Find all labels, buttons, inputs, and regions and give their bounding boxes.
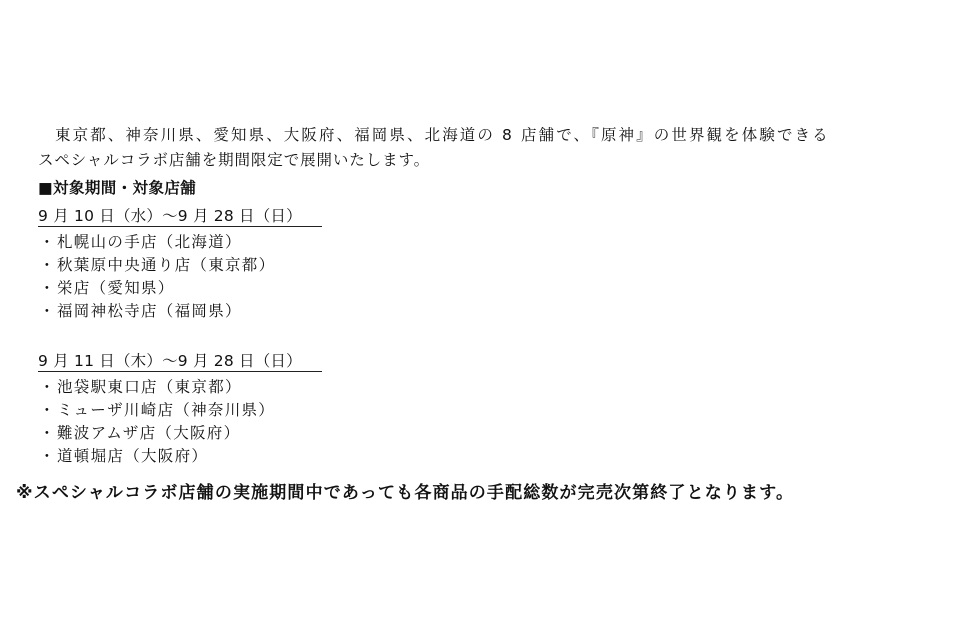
store-list-item: ・福岡神松寺店（福岡県） bbox=[38, 301, 242, 321]
bullet-icon: ・ bbox=[38, 400, 57, 420]
bullet-icon: ・ bbox=[38, 301, 57, 321]
store-name: 福岡神松寺店（福岡県） bbox=[57, 302, 242, 320]
bullet-icon: ・ bbox=[38, 255, 57, 275]
intro-paragraph-line-2: スペシャルコラボ店舗を期間限定で展開いたします。 bbox=[38, 150, 430, 170]
bullet-icon: ・ bbox=[38, 232, 57, 252]
store-list-item: ・栄店（愛知県） bbox=[38, 278, 175, 298]
store-name: ミューザ川崎店（神奈川県） bbox=[57, 401, 275, 419]
bullet-icon: ・ bbox=[38, 377, 57, 397]
store-name: 難波アムザ店（大阪府） bbox=[57, 424, 240, 442]
store-name: 栄店（愛知県） bbox=[57, 279, 175, 297]
store-name: 秋葉原中央通り店（東京都） bbox=[57, 256, 275, 274]
section-heading: ■対象期間・対象店舗 bbox=[38, 178, 196, 198]
store-name: 札幌山の手店（北海道） bbox=[57, 233, 242, 251]
store-list-item: ・池袋駅東口店（東京都） bbox=[38, 377, 242, 397]
period-title-2: 9 月 11 日（木）～9 月 28 日（日） bbox=[38, 352, 322, 372]
store-name: 道頓堀店（大阪府） bbox=[57, 447, 208, 465]
bullet-icon: ・ bbox=[38, 278, 57, 298]
period-title-1: 9 月 10 日（水）～9 月 28 日（日） bbox=[38, 207, 322, 227]
store-name: 池袋駅東口店（東京都） bbox=[57, 378, 242, 396]
intro-paragraph-line-1: 東京都、神奈川県、愛知県、大阪府、福岡県、北海道の 8 店舗で、『原神』の世界観… bbox=[38, 125, 830, 145]
footnote: ※スペシャルコラボ店舗の実施期間中であっても各商品の手配総数が完売次第終了となり… bbox=[16, 483, 794, 503]
bullet-icon: ・ bbox=[38, 423, 57, 443]
store-list-item: ・秋葉原中央通り店（東京都） bbox=[38, 255, 275, 275]
bullet-icon: ・ bbox=[38, 446, 57, 466]
store-list-item: ・ミューザ川崎店（神奈川県） bbox=[38, 400, 275, 420]
document-page: 東京都、神奈川県、愛知県、大阪府、福岡県、北海道の 8 店舗で、『原神』の世界観… bbox=[0, 0, 960, 640]
intro-text-1: 東京都、神奈川県、愛知県、大阪府、福岡県、北海道の 8 店舗で、『原神』の世界観… bbox=[55, 126, 830, 144]
store-list-item: ・道頓堀店（大阪府） bbox=[38, 446, 208, 466]
store-list-item: ・難波アムザ店（大阪府） bbox=[38, 423, 240, 443]
store-list-item: ・札幌山の手店（北海道） bbox=[38, 232, 242, 252]
